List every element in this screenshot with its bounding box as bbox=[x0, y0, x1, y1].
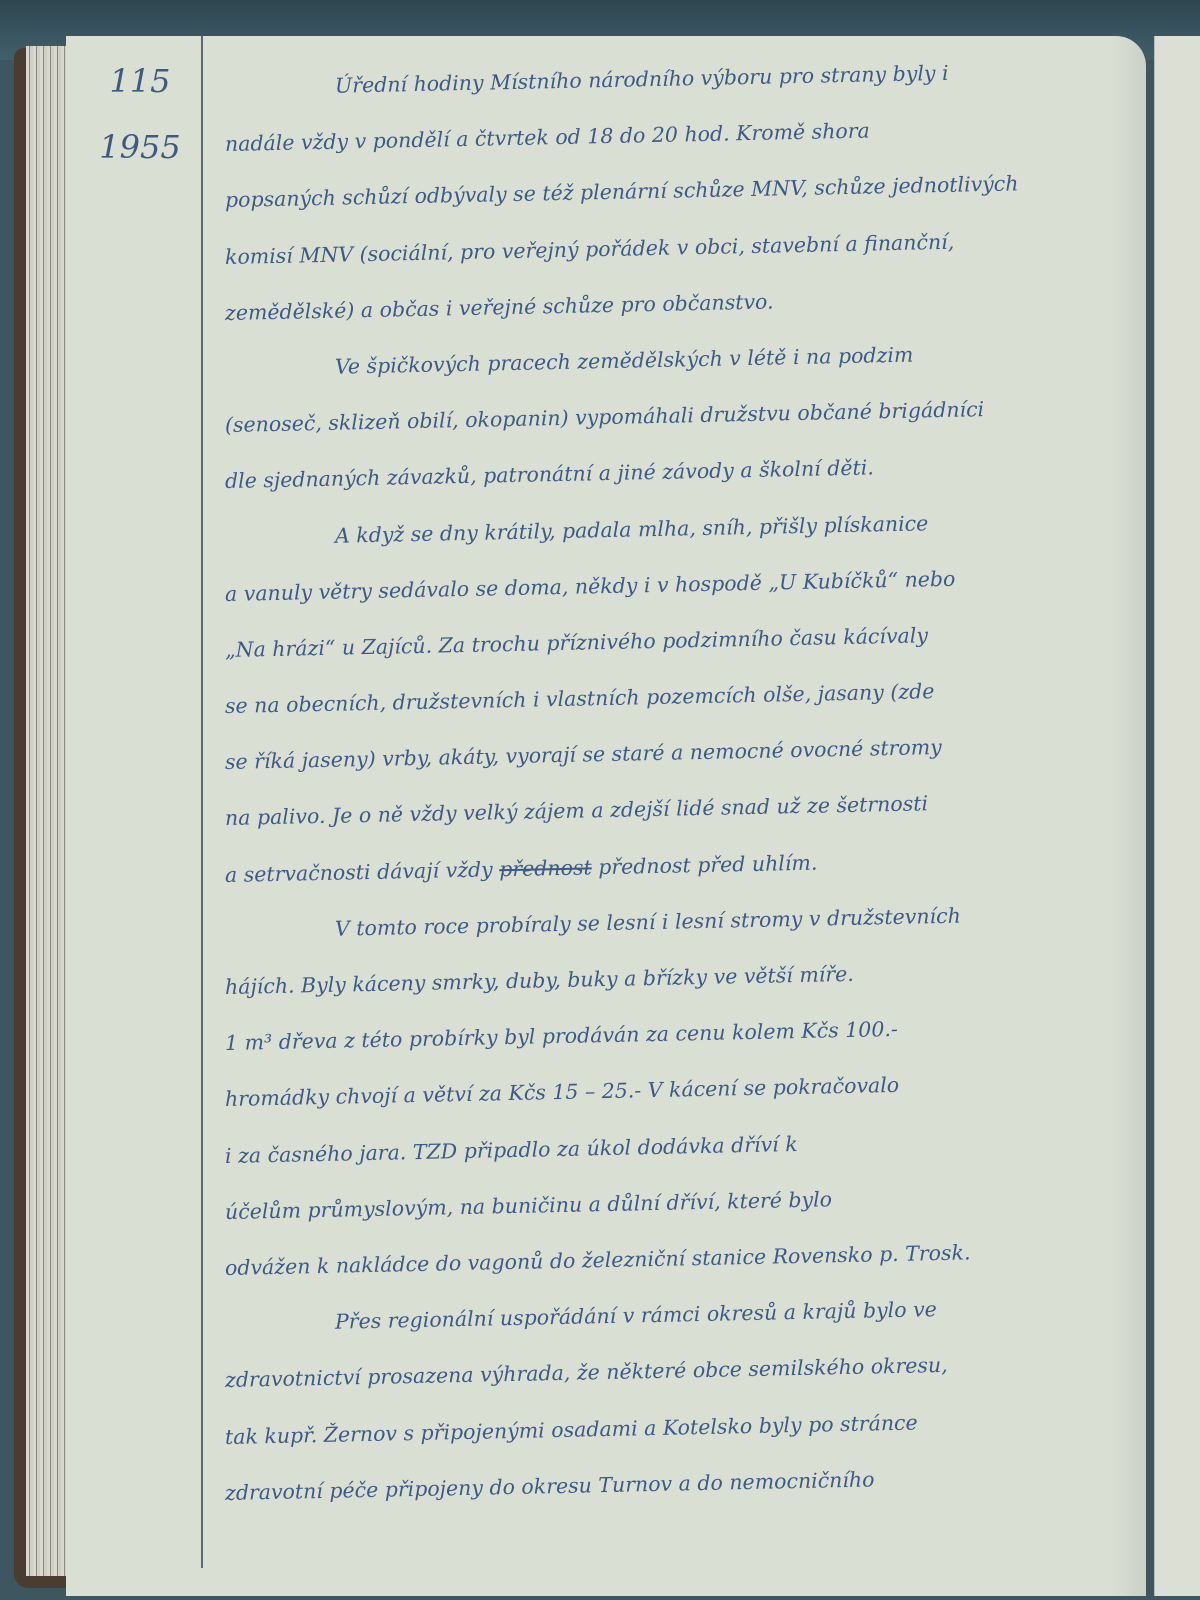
binding-gutter-shadow bbox=[1110, 36, 1154, 1596]
handwritten-text-body: Úřední hodiny Místního národního výboru … bbox=[225, 60, 1105, 1521]
page-stack-edge bbox=[26, 46, 70, 1576]
page-number: 115 bbox=[90, 62, 190, 100]
margin-rule-line bbox=[201, 36, 203, 1568]
struck-word: přednost bbox=[499, 855, 592, 881]
margin-year: 1955 bbox=[90, 128, 190, 166]
facing-page-edge bbox=[1154, 36, 1200, 1596]
